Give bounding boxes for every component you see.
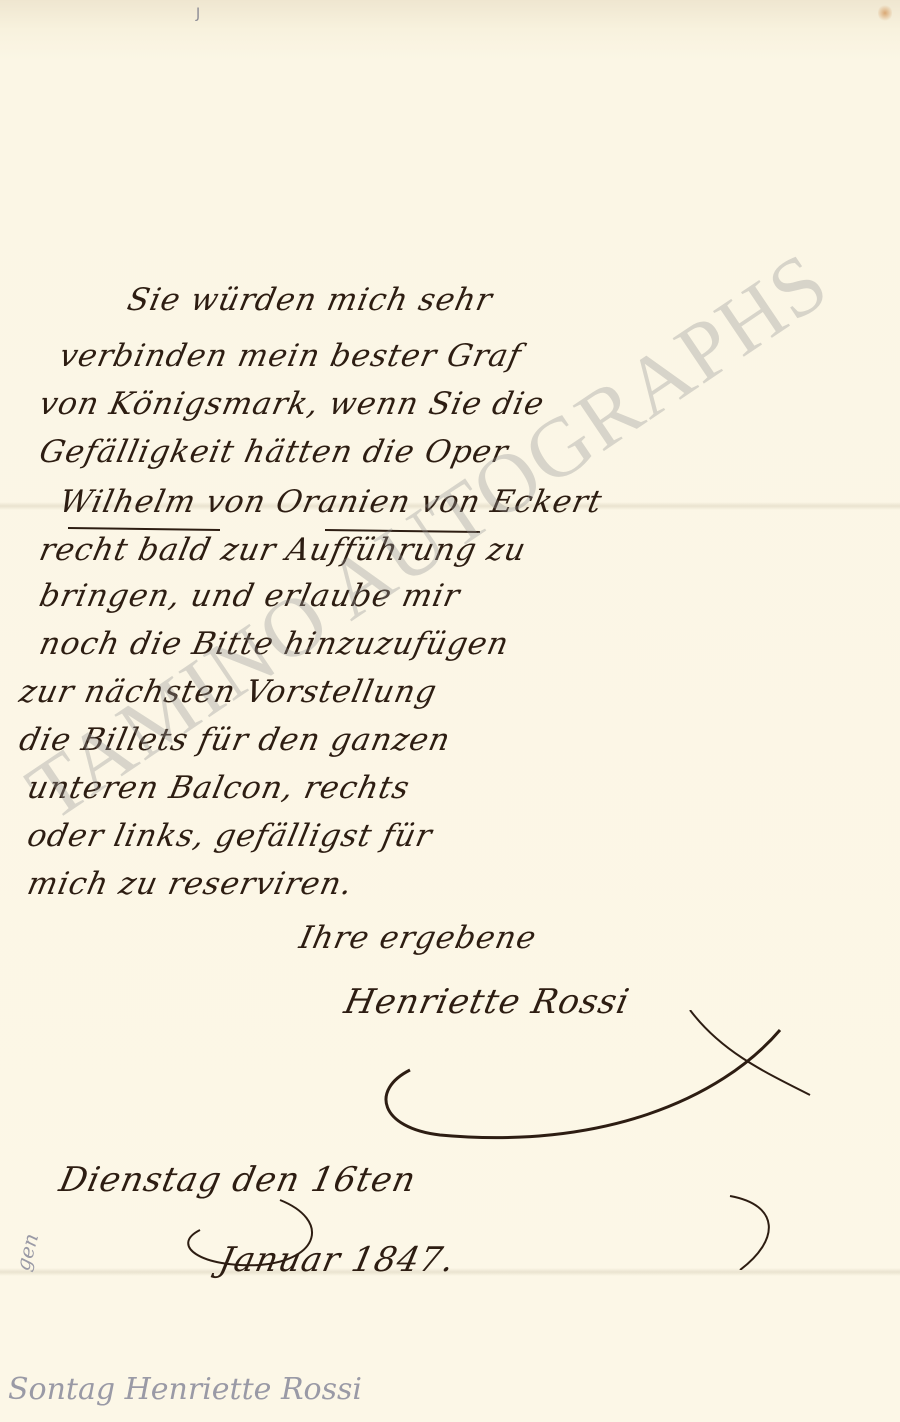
letter-line: mich zu reserviren. xyxy=(24,866,356,902)
paper-stain xyxy=(878,4,892,22)
letter-line: Gefälligkeit hätten die Oper xyxy=(36,434,512,470)
letter-line: verbinden mein bester Graf xyxy=(56,338,525,374)
pencil-bottom-note: Sontag Henriette Rossi xyxy=(8,1372,362,1407)
date-flourish xyxy=(90,1190,830,1270)
letter-line: von Königsmark, wenn Sie die xyxy=(36,386,548,422)
pencil-top-mark: J xyxy=(196,6,200,22)
letter-line: Sie würden mich sehr xyxy=(124,282,496,318)
signature-flourish xyxy=(360,1010,840,1150)
letter-closing: Ihre ergebene xyxy=(296,920,540,956)
